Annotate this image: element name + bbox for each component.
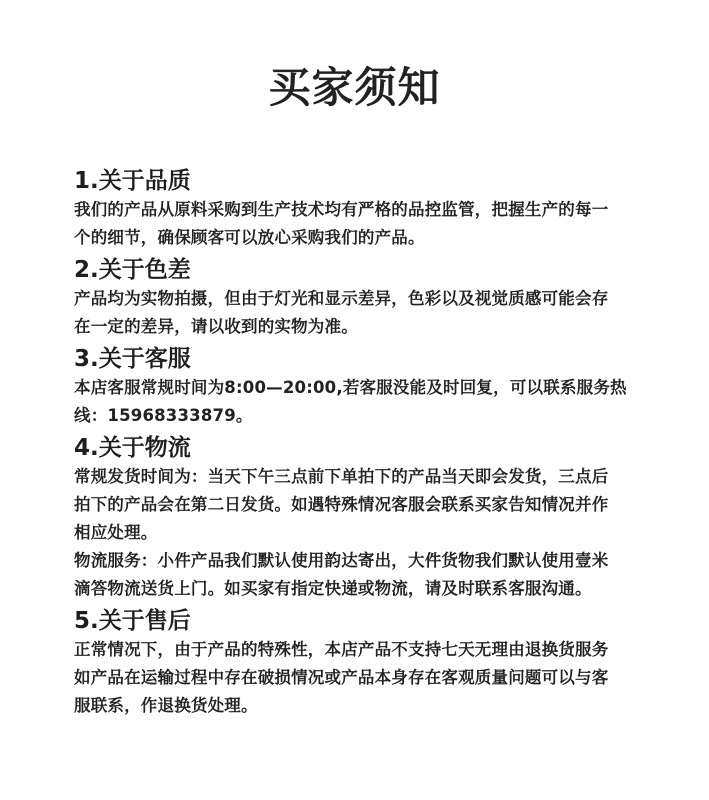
text-line: 在一定的差异，请以收到的实物为准。	[74, 313, 654, 341]
section-paragraph: 产品均为实物拍摄，但由于灯光和显示差异，色彩以及视觉质感可能会存 在一定的差异，…	[74, 285, 654, 341]
section-quality: 1.关于品质 我们的产品从原料采购到生产技术均有严格的品控监管，把握生产的每一 …	[74, 166, 654, 252]
text-line: 本店客服常规时间为8:00—20:00,若客服没能及时回复，可以联系服务热	[74, 374, 654, 402]
text-line: 物流服务：小件产品我们默认使用韵达寄出，大件货物我们默认使用壹米	[74, 547, 654, 575]
page-title: 买家须知	[0, 60, 709, 116]
text-line: 产品均为实物拍摄，但由于灯光和显示差异，色彩以及视觉质感可能会存	[74, 285, 654, 313]
notice-content: 1.关于品质 我们的产品从原料采购到生产技术均有严格的品控监管，把握生产的每一 …	[74, 166, 654, 720]
text-line: 正常情况下，由于产品的特殊性，本店产品不支持七天无理由退换货服务	[74, 636, 654, 664]
text-line: 如产品在运输过程中存在破损情况或产品本身存在客观质量问题可以与客	[74, 664, 654, 692]
section-paragraph: 本店客服常规时间为8:00—20:00,若客服没能及时回复，可以联系服务热 线：…	[74, 374, 654, 430]
text-line: 我们的产品从原料采购到生产技术均有严格的品控监管，把握生产的每一	[74, 196, 654, 224]
text-line: 常规发货时间为：当天下午三点前下单拍下的产品当天即会发货，三点后	[74, 463, 654, 491]
section-heading: 4.关于物流	[74, 433, 654, 463]
section-heading: 1.关于品质	[74, 166, 654, 196]
section-after-sales: 5.关于售后 正常情况下，由于产品的特殊性，本店产品不支持七天无理由退换货服务 …	[74, 606, 654, 720]
section-heading: 5.关于售后	[74, 606, 654, 636]
text-line: 服联系，作退换货处理。	[74, 692, 654, 720]
section-paragraph: 常规发货时间为：当天下午三点前下单拍下的产品当天即会发货，三点后 拍下的产品会在…	[74, 463, 654, 547]
section-heading: 3.关于客服	[74, 344, 654, 374]
section-paragraph: 物流服务：小件产品我们默认使用韵达寄出，大件货物我们默认使用壹米 滴答物流送货上…	[74, 547, 654, 603]
section-logistics: 4.关于物流 常规发货时间为：当天下午三点前下单拍下的产品当天即会发货，三点后 …	[74, 433, 654, 603]
section-heading: 2.关于色差	[74, 255, 654, 285]
text-line: 滴答物流送货上门。如买家有指定快递或物流，请及时联系客服沟通。	[74, 575, 654, 603]
section-paragraph: 我们的产品从原料采购到生产技术均有严格的品控监管，把握生产的每一 个的细节，确保…	[74, 196, 654, 252]
text-line: 拍下的产品会在第二日发货。如遇特殊情况客服会联系买家告知情况并作	[74, 491, 654, 519]
section-color-difference: 2.关于色差 产品均为实物拍摄，但由于灯光和显示差异，色彩以及视觉质感可能会存 …	[74, 255, 654, 341]
section-customer-service: 3.关于客服 本店客服常规时间为8:00—20:00,若客服没能及时回复，可以联…	[74, 344, 654, 430]
section-paragraph: 正常情况下，由于产品的特殊性，本店产品不支持七天无理由退换货服务 如产品在运输过…	[74, 636, 654, 720]
text-line: 个的细节，确保顾客可以放心采购我们的产品。	[74, 224, 654, 252]
text-line: 线：15968333879。	[74, 402, 654, 430]
text-line: 相应处理。	[74, 519, 654, 547]
